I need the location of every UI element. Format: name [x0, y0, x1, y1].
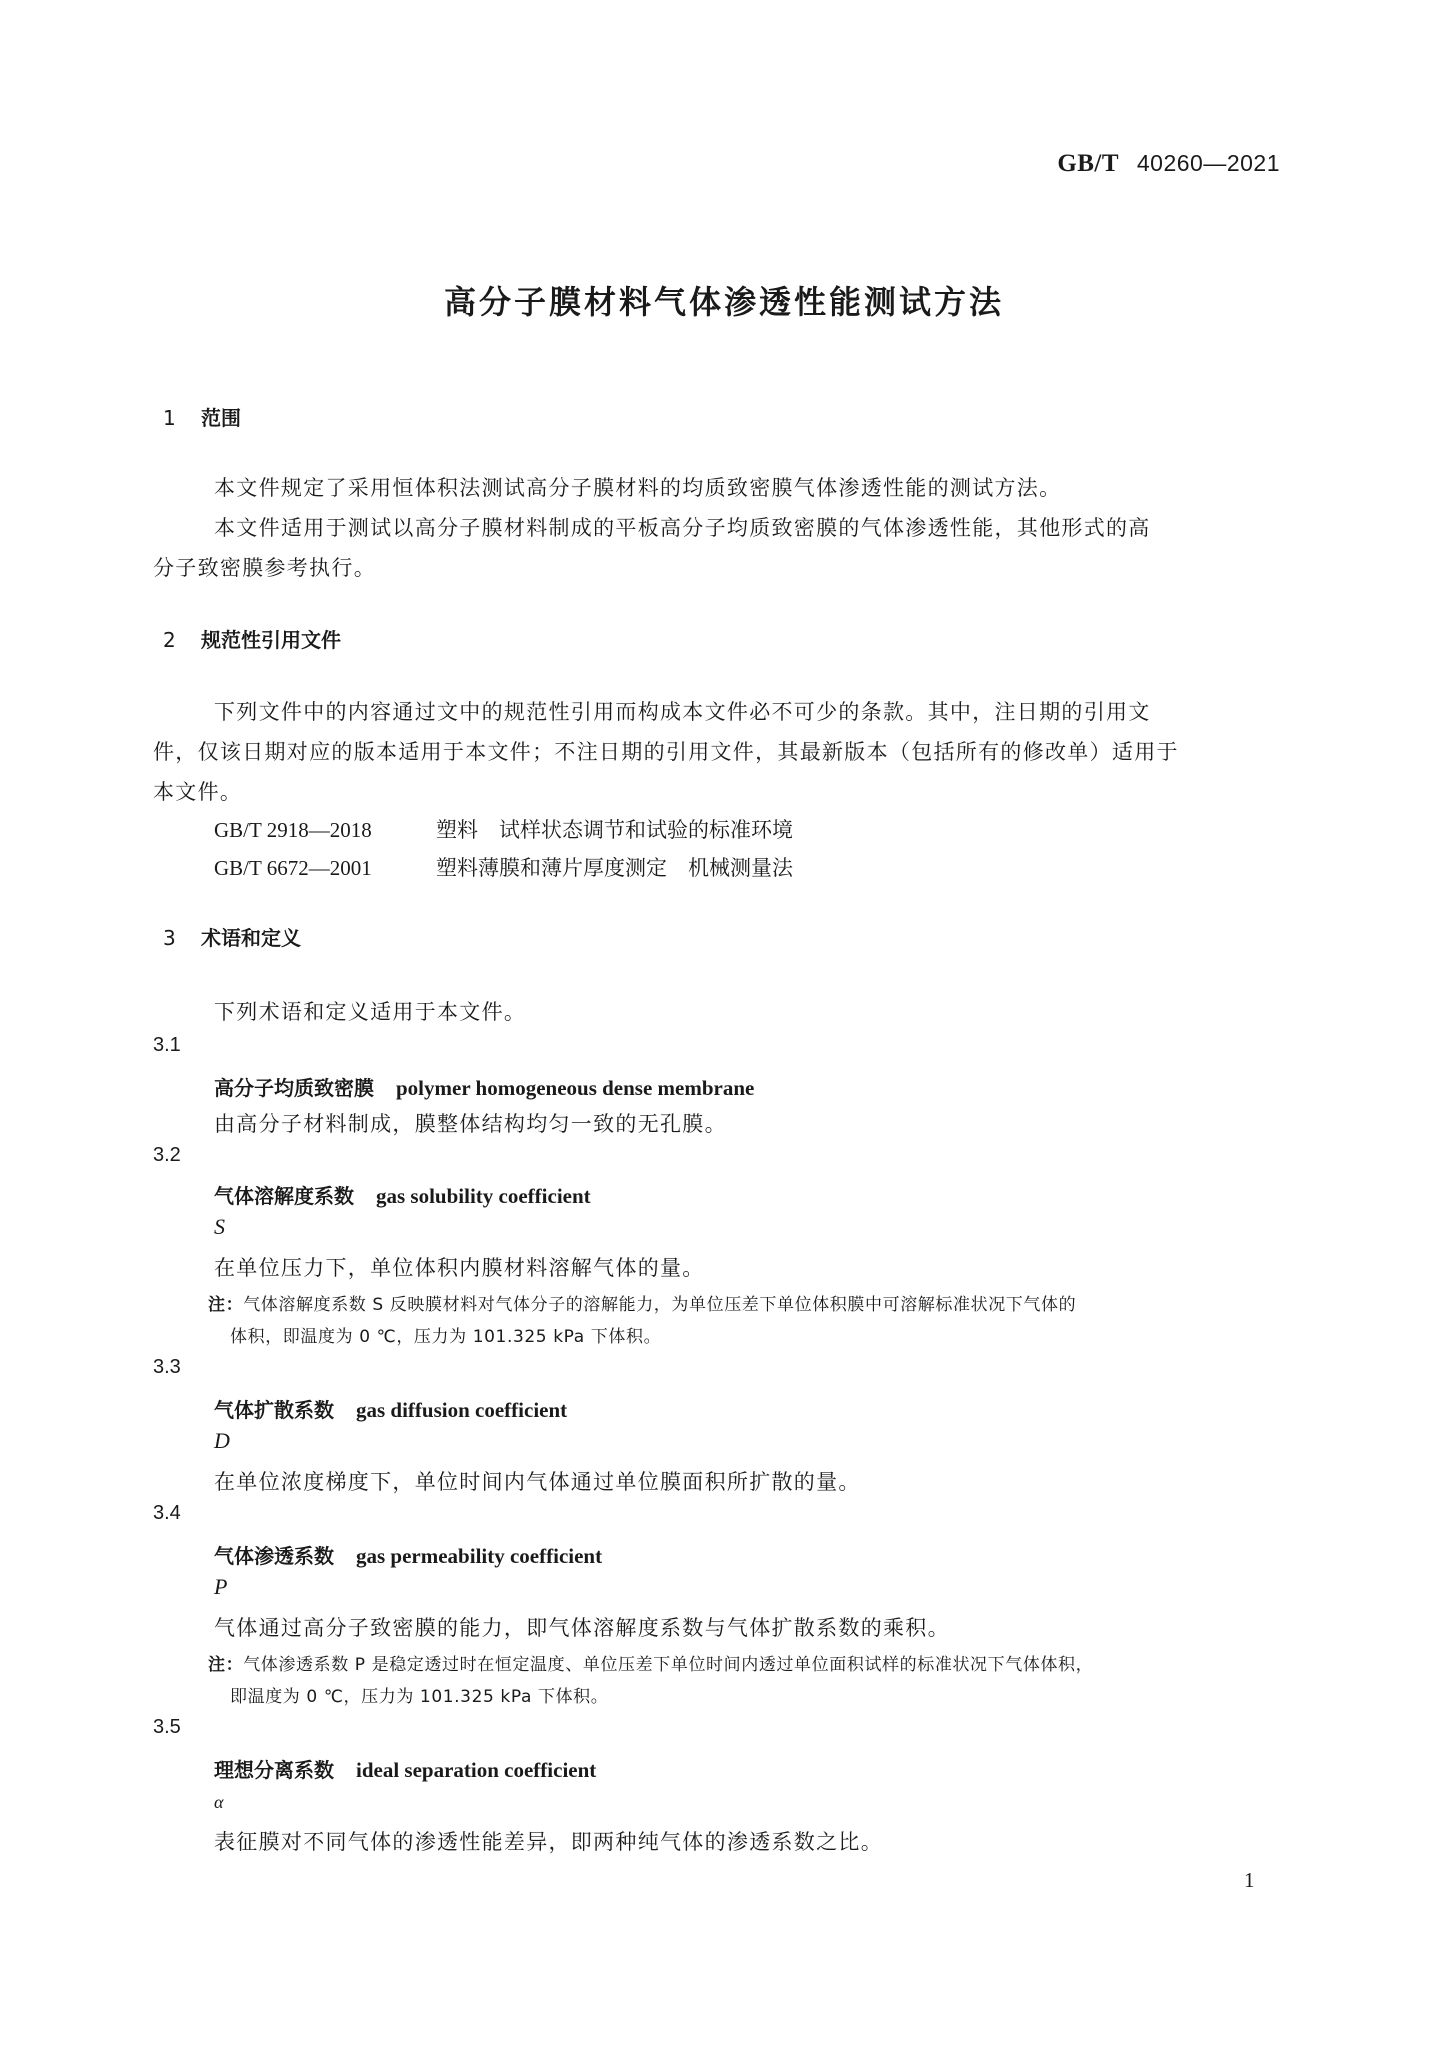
term-number: 3.3: [153, 1356, 181, 1379]
note-label: 注：: [208, 1655, 243, 1675]
term-number: 3.1: [153, 1034, 181, 1057]
term-name: 理想分离系数ideal separation coefficient: [214, 1754, 596, 1783]
term-symbol: S: [214, 1214, 225, 1240]
section-number: 2: [163, 628, 201, 652]
paragraph-continuation: 本文件。: [153, 776, 242, 806]
term-number: 3.4: [153, 1502, 181, 1525]
term-name-zh: 气体渗透系数: [214, 1544, 334, 1568]
paragraph: 本文件规定了采用恒体积法测试高分子膜材料的均质致密膜气体渗透性能的测试方法。: [214, 472, 1061, 502]
page-number: 1: [1244, 1868, 1255, 1893]
term-symbol: D: [214, 1428, 230, 1454]
term-name-en: gas solubility coefficient: [376, 1184, 591, 1208]
term-note: 注：气体渗透系数 P 是稳定透过时在恒定温度、单位压差下单位时间内透过单位面积试…: [208, 1650, 1093, 1675]
document-title: 高分子膜材料气体渗透性能测试方法: [0, 277, 1448, 323]
term-definition: 由高分子材料制成，膜整体结构均匀一致的无孔膜。: [214, 1108, 727, 1138]
term-definition: 表征膜对不同气体的渗透性能差异，即两种纯气体的渗透系数之比。: [214, 1826, 883, 1856]
term-name-zh: 理想分离系数: [214, 1758, 334, 1782]
standard-number: 40260—2021: [1137, 150, 1280, 176]
term-number: 3.5: [153, 1716, 181, 1739]
term-definition: 在单位压力下，单位体积内膜材料溶解气体的量。: [214, 1252, 705, 1282]
term-name-zh: 气体扩散系数: [214, 1398, 334, 1422]
reference-code: GB/T 6672—2001: [214, 856, 436, 881]
note-text: 气体渗透系数 P 是稳定透过时在恒定温度、单位压差下单位时间内透过单位面积试样的…: [243, 1655, 1093, 1675]
term-name: 气体溶解度系数gas solubility coefficient: [214, 1180, 591, 1209]
standard-prefix: GB/T: [1057, 150, 1119, 177]
term-name: 气体渗透系数gas permeability coefficient: [214, 1540, 602, 1569]
section-title: 术语和定义: [201, 926, 301, 950]
reference-code: GB/T 2918—2018: [214, 818, 436, 843]
term-name: 气体扩散系数gas diffusion coefficient: [214, 1394, 567, 1423]
term-name: 高分子均质致密膜polymer homogeneous dense membra…: [214, 1072, 754, 1101]
normative-reference: GB/T 2918—2018塑料 试样状态调节和试验的标准环境: [214, 814, 793, 844]
paragraph: 本文件适用于测试以高分子膜材料制成的平板高分子均质致密膜的气体渗透性能，其他形式…: [214, 512, 1151, 542]
paragraph: 下列术语和定义适用于本文件。: [214, 996, 526, 1026]
term-name-en: gas permeability coefficient: [356, 1544, 602, 1568]
section-title: 范围: [201, 406, 241, 430]
term-note: 注：气体溶解度系数 S 反映膜材料对气体分子的溶解能力，为单位压差下单位体积膜中…: [208, 1290, 1076, 1315]
term-note-continuation: 体积，即温度为 0 ℃，压力为 101.325 kPa 下体积。: [230, 1322, 661, 1347]
term-number: 3.2: [153, 1144, 181, 1167]
section-3-heading: 3术语和定义: [163, 922, 301, 951]
term-name-zh: 高分子均质致密膜: [214, 1076, 374, 1100]
term-definition: 气体通过高分子致密膜的能力，即气体溶解度系数与气体扩散系数的乘积。: [214, 1612, 950, 1642]
note-label: 注：: [208, 1295, 243, 1315]
note-text: 气体溶解度系数 S 反映膜材料对气体分子的溶解能力，为单位压差下单位体积膜中可溶…: [243, 1295, 1076, 1315]
section-1-heading: 1范围: [163, 402, 241, 431]
normative-reference: GB/T 6672—2001塑料薄膜和薄片厚度测定 机械测量法: [214, 852, 793, 882]
reference-title: 塑料薄膜和薄片厚度测定 机械测量法: [436, 856, 793, 880]
section-title: 规范性引用文件: [201, 628, 341, 652]
term-definition: 在单位浓度梯度下，单位时间内气体通过单位膜面积所扩散的量。: [214, 1466, 861, 1496]
term-symbol: P: [214, 1574, 227, 1600]
term-note-continuation: 即温度为 0 ℃，压力为 101.325 kPa 下体积。: [230, 1682, 608, 1707]
section-number: 1: [163, 406, 201, 430]
paragraph-continuation: 件，仅该日期对应的版本适用于本文件；不注日期的引用文件，其最新版本（包括所有的修…: [153, 736, 1179, 766]
standard-code: GB/T 40260—2021: [1057, 150, 1280, 178]
paragraph: 下列文件中的内容通过文中的规范性引用而构成本文件必不可少的条款。其中，注日期的引…: [214, 696, 1151, 726]
term-name-en: ideal separation coefficient: [356, 1758, 596, 1782]
paragraph-continuation: 分子致密膜参考执行。: [153, 552, 376, 582]
term-name-zh: 气体溶解度系数: [214, 1184, 354, 1208]
section-2-heading: 2规范性引用文件: [163, 624, 341, 653]
term-symbol: α: [214, 1792, 223, 1813]
section-number: 3: [163, 926, 201, 950]
reference-title: 塑料 试样状态调节和试验的标准环境: [436, 818, 793, 842]
term-name-en: polymer homogeneous dense membrane: [396, 1076, 754, 1100]
term-name-en: gas diffusion coefficient: [356, 1398, 567, 1422]
document-page: GB/T 40260—2021 高分子膜材料气体渗透性能测试方法 1范围 本文件…: [0, 0, 1448, 2048]
